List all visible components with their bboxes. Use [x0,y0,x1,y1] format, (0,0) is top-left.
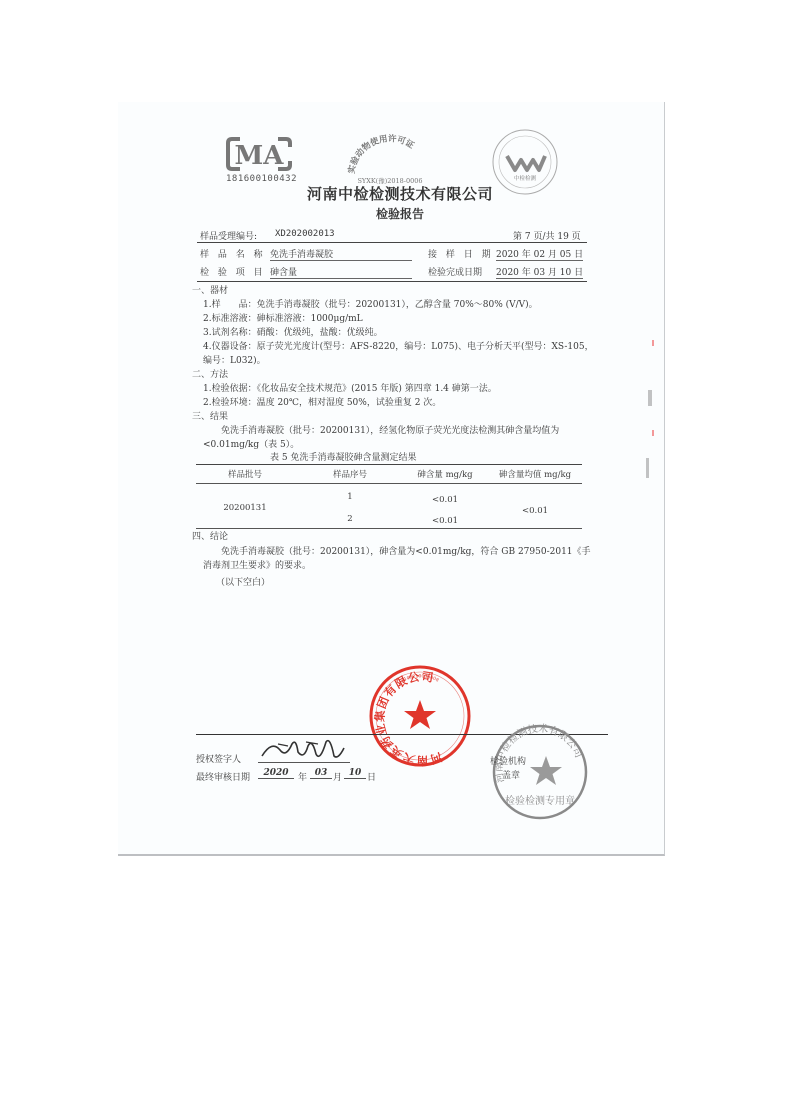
test-item-label: 检 验 项 目 [200,265,266,278]
license-stamp-icon: 实验动物使用许可证 SYXK(豫)2018-0006 [344,126,434,186]
complete-date-value: 2020 年 03 月 10 日 [496,265,583,279]
license-stamp-text: 实验动物使用许可证 [346,133,417,174]
logo-caption: 中检检测 [514,174,537,182]
table-header-rule [196,483,582,484]
signer-signature-field [258,736,350,763]
test-item-value: 砷含量 [270,265,412,279]
scan-artifact [646,458,649,478]
seal-note-line2: 盖章 [502,768,520,781]
red-company-seal-icon: 河南大英药业集团有限公司 4108210030008 [368,664,472,768]
table-mean: <0.01 [490,506,580,516]
table-top-rule [196,464,582,465]
review-year: 2020 [258,768,294,779]
table-value: <0.01 [400,495,490,505]
sample-name-label: 样 品 名 称 [200,247,266,260]
blank-note: （以下空白） [216,575,270,588]
divider [197,281,587,282]
receive-date-value: 2020 年 02 月 05 日 [496,247,583,261]
divider [197,242,587,243]
result-text: 免洗手消毒凝胶（批号：20200131），经氢化物原子荧光光度法检测其砷含量均值… [221,423,559,436]
scan-artifact [652,340,654,346]
review-month-unit: 月 [333,770,342,783]
table-header: 砷含量均值 mg/kg [490,468,580,480]
svg-text:MA: MA [235,141,285,171]
table-seq: 2 [310,514,390,524]
section-result-title: 三、结果 [192,409,228,422]
scan-artifact [652,430,654,436]
review-day: 10 [344,768,366,779]
section-equipment-title: 一、器材 [192,283,228,296]
accept-no-value: XD202002013 [275,229,335,239]
svg-text:实验动物使用许可证: 实验动物使用许可证 [346,133,417,174]
section-method-title: 二、方法 [192,367,228,380]
equipment-item: 编号：L032)。 [203,353,266,366]
table-batch: 20200131 [200,503,290,513]
company-name: 河南中检检测技术有限公司 [200,183,600,204]
table-header: 样品序号 [310,468,390,480]
conclusion-text: 消毒剂卫生要求》的要求。 [203,558,311,571]
scan-artifact [648,390,652,406]
sample-name-value: 免洗手消毒凝胶 [270,247,412,261]
page-info: 第 7 页/共 19 页 [513,229,581,242]
review-year-unit: 年 [298,770,307,783]
accept-no-label: 样品受理编号: [200,229,257,242]
method-item: 1.检验依据：《化妆品安全技术规范》(2015 年版) 第四章 1.4 砷第一法… [203,381,497,394]
gray-seal-text: 检验检测专用章 [505,794,575,807]
table-seq: 1 [310,492,390,502]
method-item: 2.检验环境：温度 20℃，相对湿度 50%，试验重复 2 次。 [203,395,441,408]
section-conclusion-title: 四、结论 [192,529,228,542]
equipment-item: 1.样 品：免洗手消毒凝胶（批号：20200131），乙醇含量 70%～80% … [203,297,538,310]
table-bottom-rule [196,528,582,529]
table-header: 砷含量 mg/kg [400,468,490,480]
result-text: <0.01mg/kg（表 5）。 [203,437,299,450]
equipment-item: 4.仪器设备：原子荧光光度计(型号：AFS-8220，编号：L075)、电子分析… [203,339,594,352]
seal-note-line1: 检验机构 [490,754,526,767]
equipment-item: 3.试剂名称：硝酸：优级纯，盐酸：优级纯。 [203,325,383,338]
cma-logo-icon: MA [226,135,292,173]
receive-date-label: 接 样 日 期 [428,247,494,260]
review-day-unit: 日 [367,770,376,783]
table-caption: 表 5 免洗手消毒凝胶砷含量测定结果 [270,450,416,463]
review-month: 03 [310,768,332,779]
table-header: 样品批号 [200,468,290,480]
review-date-label: 最终审核日期 [196,770,250,783]
conclusion-text: 免洗手消毒凝胶（批号：20200131），砷含量为<0.01mg/kg，符合 G… [221,544,591,557]
table-value: <0.01 [400,516,490,526]
handwritten-signature-icon [258,736,350,762]
equipment-item: 2.标准溶液：砷标准溶液：1000μg/mL [203,311,363,324]
signer-label: 授权签字人 [196,752,241,765]
complete-date-label: 检验完成日期 [428,265,482,278]
report-title: 检验报告 [200,205,600,222]
